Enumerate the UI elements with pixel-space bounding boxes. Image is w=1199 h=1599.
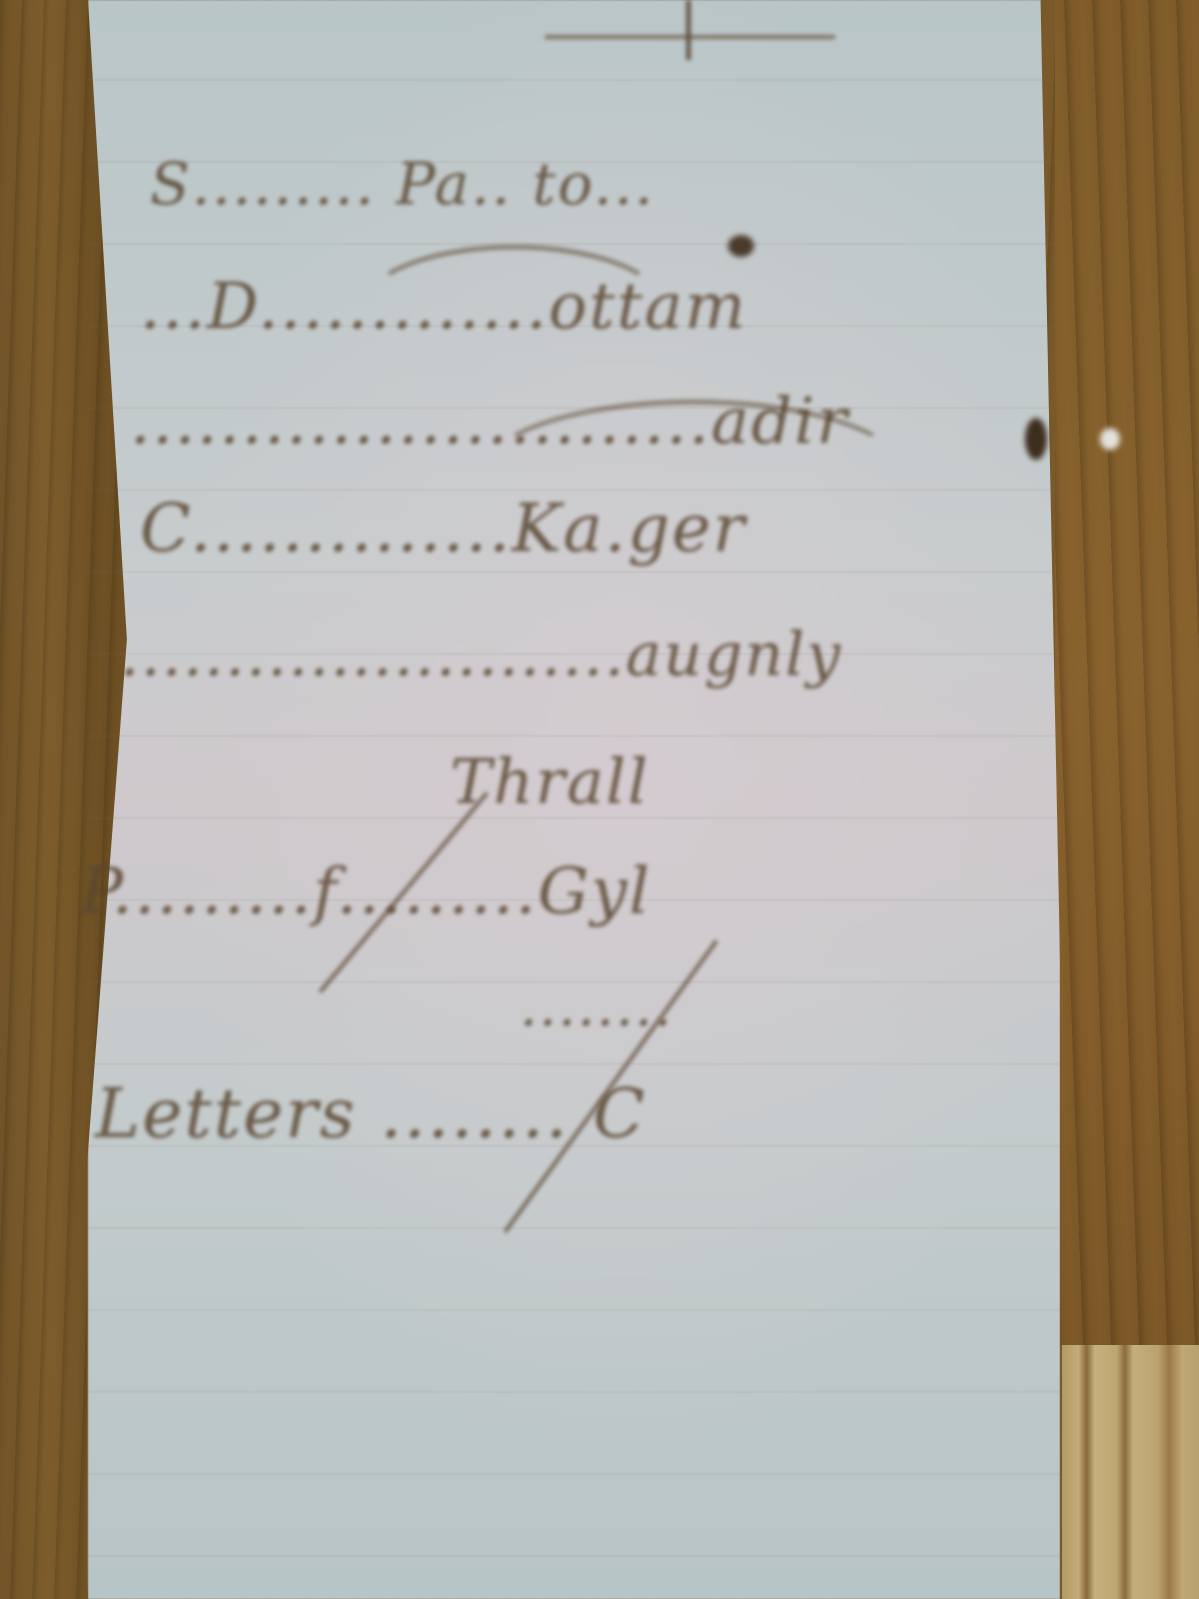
wood-surface-light-corner (1062, 1345, 1199, 1599)
paper-edge-stain (1025, 418, 1047, 460)
ink-blot (728, 235, 754, 257)
ink-flourish (360, 245, 668, 373)
handwriting-line-5: ........................augnly (120, 620, 842, 690)
ink-flourish (480, 400, 908, 548)
handwriting-line-7: P.........f.........Gyl (80, 855, 651, 929)
wood-light-spot (1100, 428, 1120, 450)
handwriting-line-9: Letters ........ C (95, 1075, 647, 1154)
handwriting-line-1: Ѕ......... Pa.. to... (150, 150, 655, 218)
handwriting-line-6: Thrall (450, 745, 650, 818)
wood-surface-right (1055, 0, 1199, 1345)
top-ink-cross-mark (686, 0, 691, 60)
